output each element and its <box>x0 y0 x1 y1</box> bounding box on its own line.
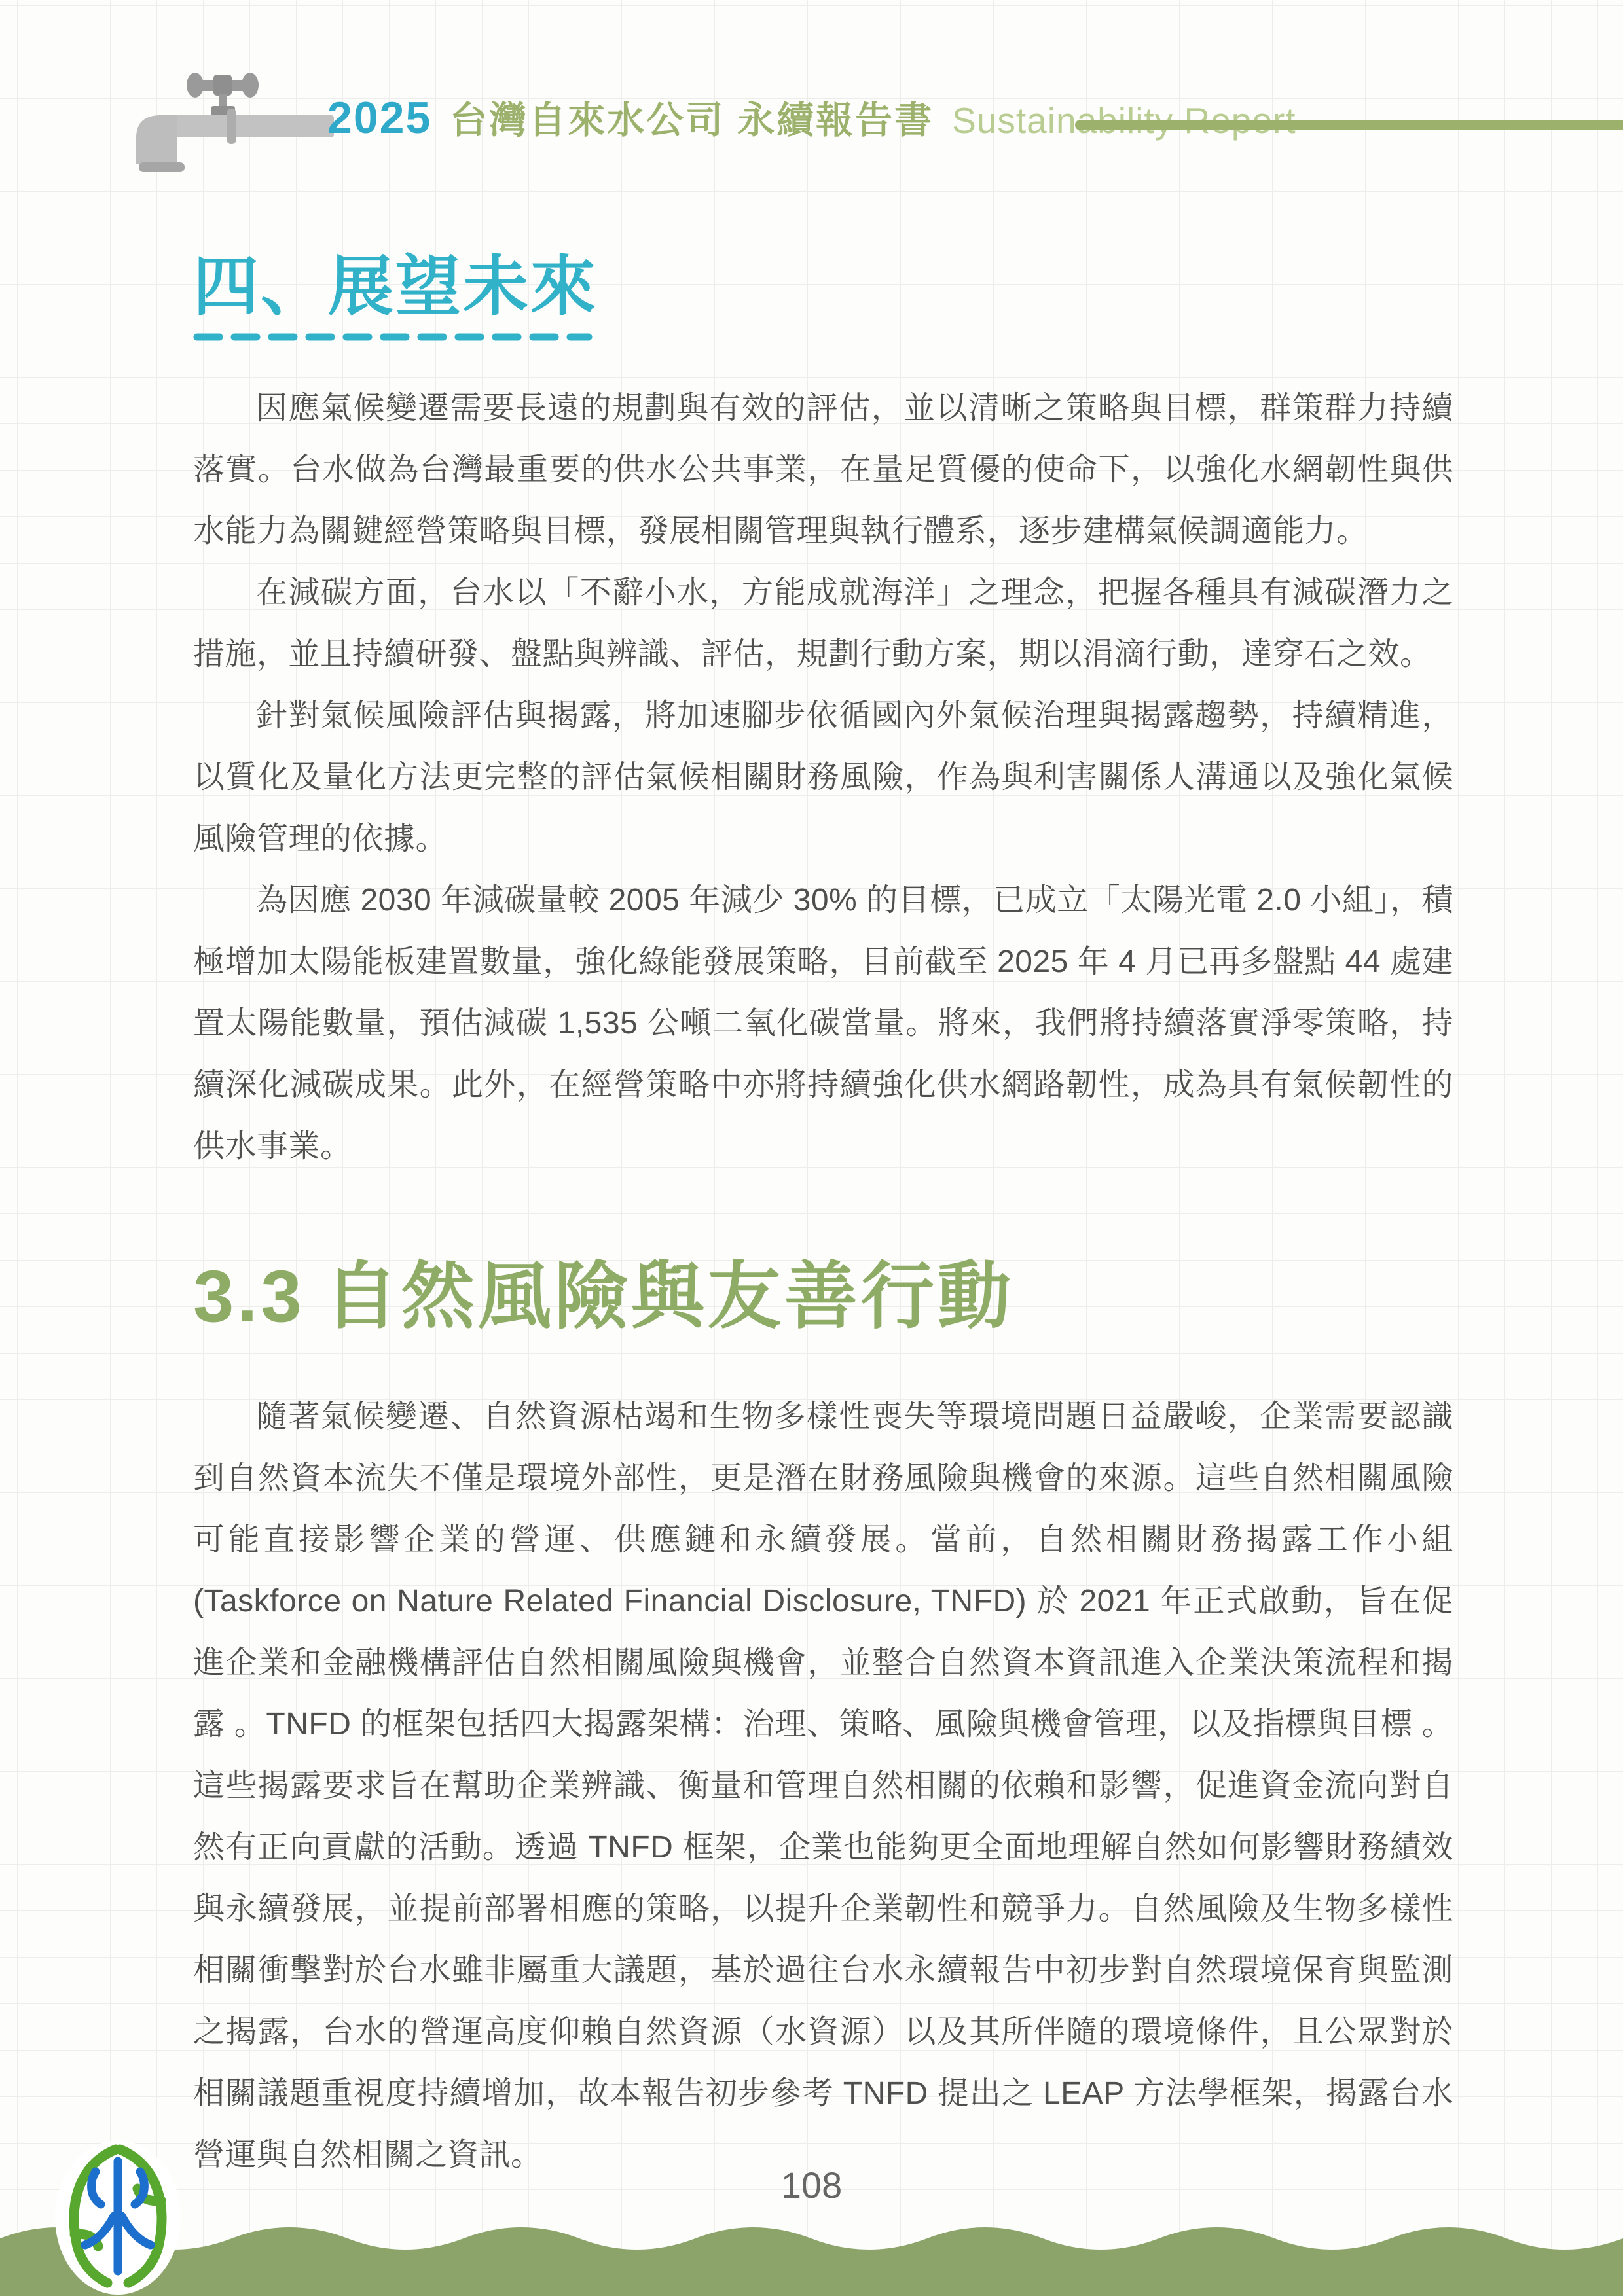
faucet-icon <box>98 65 334 177</box>
title-dashed-underline <box>193 333 593 341</box>
section-title-text: 自然風險與友善行動 <box>325 1255 1014 1337</box>
report-year: 2025 <box>327 92 431 143</box>
report-title: 2025 台灣自來水公司 永續報告書 Sustainability Report <box>327 90 1296 144</box>
footer-wave <box>0 2212 1623 2296</box>
main-content: 四、展望未來 因應氣候變遷需要長遠的規劃與有效的評估，並以清晰之策略與目標，群策… <box>193 251 1453 2186</box>
paragraph: 為因應 2030 年減碳量較 2005 年減少 30% 的目標，已成立「太陽光電… <box>193 870 1453 1177</box>
section-title-nature: 3.3自然風險與友善行動 <box>193 1255 1453 1339</box>
water-company-logo-icon <box>52 2139 183 2296</box>
paragraph: 在減碳方面，台水以「不辭小水，方能成就海洋」之理念，把握各種具有減碳潛力之措施，… <box>193 562 1453 685</box>
page-number: 108 <box>0 2164 1623 2206</box>
report-page: { "page": { "number": "108" }, "header":… <box>0 0 1623 2296</box>
report-title-zh: 台灣自來水公司 永續報告書 <box>450 90 934 144</box>
header-rule <box>1075 120 1623 130</box>
section-number: 3.3 <box>193 1255 305 1337</box>
paragraph: 因應氣候變遷需要長遠的規劃與有效的評估，並以清晰之策略與目標，群策群力持續落實。… <box>193 378 1453 562</box>
nature-paragraphs: 隨著氣候變遷、自然資源枯竭和生物多樣性喪失等環境問題日益嚴峻，企業需要認識到自然… <box>193 1386 1453 2186</box>
section-title-outlook: 四、展望未來 <box>193 251 1453 323</box>
paragraph: 隨著氣候變遷、自然資源枯竭和生物多樣性喪失等環境問題日益嚴峻，企業需要認識到自然… <box>193 1386 1453 2186</box>
outlook-paragraphs: 因應氣候變遷需要長遠的規劃與有效的評估，並以清晰之策略與目標，群策群力持續落實。… <box>193 378 1453 1177</box>
paragraph: 針對氣候風險評估與揭露，將加速腳步依循國內外氣候治理與揭露趨勢，持續精進，以質化… <box>193 685 1453 870</box>
